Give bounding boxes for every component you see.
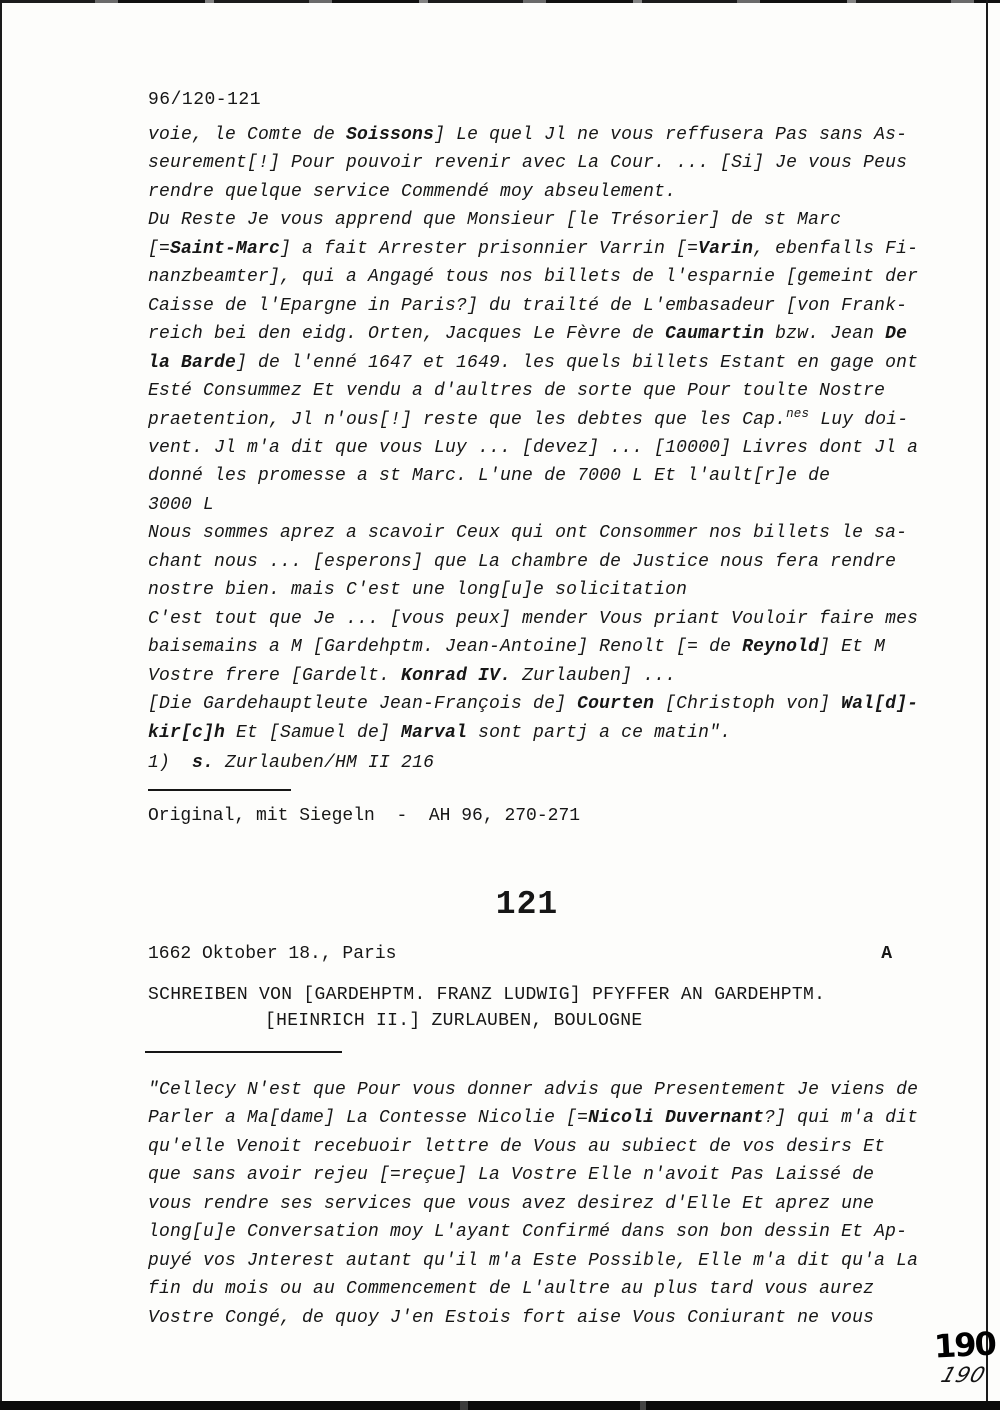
handwritten-page-number: 190	[933, 1324, 996, 1365]
text-line: Parler a Ma[dame] La Contesse Nicolie [=…	[148, 1104, 918, 1132]
text-segment: De	[885, 324, 907, 344]
text-segment: ] de l'enné 1647 et 1649. les quels bill…	[236, 353, 918, 373]
text-segment: fin du mois ou au Commencement de L'ault…	[148, 1279, 874, 1299]
entry-121-dateline-row: 1662 Oktober 18., Paris A	[148, 944, 906, 964]
text-segment: s.	[192, 753, 214, 773]
text-segment: voie, le Comte de	[148, 125, 346, 145]
text-segment: [HEINRICH II.] ZURLAUBEN, BOULOGNE	[265, 1011, 642, 1031]
scanned-document-page: 96/120-121 voie, le Comte de Soissons] L…	[0, 0, 1000, 1410]
text-line: Caisse de l'Epargne in Paris?] du trailt…	[148, 292, 918, 320]
text-segment: nanzbeamter], qui a Angagé tous nos bill…	[148, 267, 918, 287]
text-line: fin du mois ou au Commencement de L'ault…	[148, 1275, 918, 1303]
text-segment: Wal[d]-	[841, 694, 918, 714]
text-line: Nous sommes aprez a scavoir Ceux qui ont…	[148, 519, 918, 547]
text-line: SCHREIBEN VON [GARDEHPTM. FRANZ LUDWIG] …	[148, 983, 825, 1009]
text-segment: Vostre frere [Gardelt.	[148, 666, 401, 686]
text-segment: SCHREIBEN VON [GARDEHPTM. FRANZ LUDWIG] …	[148, 985, 825, 1005]
text-segment: nes	[786, 407, 809, 421]
text-segment: Vostre Congé, de quoy J'en Estois fort a…	[148, 1308, 874, 1328]
text-line: [=Saint-Marc] a fait Arrester prisonnier…	[148, 235, 918, 263]
text-line: la Barde] de l'enné 1647 et 1649. les qu…	[148, 349, 918, 377]
text-segment: rendre quelque service Commendé moy abse…	[148, 182, 676, 202]
text-line: 1) s. Zurlauben/HM II 216	[148, 749, 434, 777]
text-segment: 3000 L	[148, 495, 214, 515]
text-segment: "Cellecy N'est que Pour vous donner advi…	[148, 1080, 918, 1100]
text-line: Du Reste Je vous apprend que Monsieur [l…	[148, 206, 918, 234]
text-line: praetention, Jl n'ous[!] reste que les d…	[148, 406, 918, 434]
text-line: 3000 L	[148, 491, 918, 519]
text-segment: Marval	[401, 723, 467, 743]
text-segment: Zurlauben/HM II 216	[214, 753, 434, 773]
text-segment: Konrad IV.	[401, 666, 511, 686]
text-line: que sans avoir rejeu [=reçue] La Vostre …	[148, 1161, 918, 1189]
archive-reference: 96/120-121	[148, 90, 261, 110]
text-segment: ] Le quel Jl ne vous reffusera Pas sans …	[434, 125, 907, 145]
text-line: vent. Jl m'a dit que vous Luy ... [devez…	[148, 434, 918, 462]
text-line: long[u]e Conversation moy L'ayant Confir…	[148, 1218, 918, 1246]
text-segment: Courten	[577, 694, 654, 714]
text-segment: long[u]e Conversation moy L'ayant Confir…	[148, 1222, 907, 1242]
text-segment: nostre bien. mais C'est une long[u]e sol…	[148, 580, 687, 600]
text-line: vous rendre ses services que vous avez d…	[148, 1190, 918, 1218]
text-segment: 1)	[148, 753, 192, 773]
text-line: chant nous ... [esperons] que La chambre…	[148, 548, 918, 576]
text-segment: puyé vos Jnterest autant qu'il m'a Este …	[148, 1251, 918, 1271]
text-segment: ?] qui m'a dit	[764, 1108, 918, 1128]
text-line: Vostre Congé, de quoy J'en Estois fort a…	[148, 1304, 918, 1332]
text-segment: sont partj a ce matin".	[467, 723, 731, 743]
text-segment: la Barde	[148, 353, 236, 373]
entry-121-title-rule	[145, 1051, 342, 1053]
text-segment: [Christoph von]	[654, 694, 841, 714]
text-segment: Esté Consummez Et vendu a d'aultres de s…	[148, 381, 885, 401]
text-segment: Nous sommes aprez a scavoir Ceux qui ont…	[148, 523, 907, 543]
text-line: donné les promesse a st Marc. L'une de 7…	[148, 462, 918, 490]
scan-edge-bottom	[0, 1401, 1000, 1410]
text-segment: baisemains a M [Gardehptm. Jean-Antoine]…	[148, 637, 742, 657]
scan-edge-left	[0, 0, 2, 1410]
entry-120-body: voie, le Comte de Soissons] Le quel Jl n…	[148, 121, 918, 747]
text-segment: vent. Jl m'a dit que vous Luy ... [devez…	[148, 438, 918, 458]
text-segment: praetention, Jl n'ous[!] reste que les d…	[148, 410, 786, 430]
entry-120-source-note: Original, mit Siegeln - AH 96, 270-271	[148, 806, 580, 826]
text-segment: ] Et M	[819, 637, 885, 657]
entry-121-number: 121	[148, 886, 906, 923]
text-segment: Caumartin	[665, 324, 764, 344]
entry-121-dateline: 1662 Oktober 18., Paris	[148, 944, 396, 964]
text-segment: Et [Samuel de]	[225, 723, 401, 743]
text-segment: Luy doi-	[809, 410, 908, 430]
text-segment: [=	[148, 239, 170, 259]
text-segment: Nicoli Duvernant	[588, 1108, 764, 1128]
text-segment: Zurlauben] ...	[511, 666, 676, 686]
entry-120-footnote: 1) s. Zurlauben/HM II 216	[148, 749, 434, 777]
text-line: puyé vos Jnterest autant qu'il m'a Este …	[148, 1247, 918, 1275]
handwritten-page-number-script: 190	[938, 1363, 989, 1387]
text-segment: C'est tout que Je ... [vous peux] mender…	[148, 609, 918, 629]
text-segment: que sans avoir rejeu [=reçue] La Vostre …	[148, 1165, 874, 1185]
text-segment: Caisse de l'Epargne in Paris?] du trailt…	[148, 296, 907, 316]
text-line: voie, le Comte de Soissons] Le quel Jl n…	[148, 121, 918, 149]
text-line: [Die Gardehauptleute Jean-François de] C…	[148, 690, 918, 718]
text-segment: Varin	[698, 239, 753, 259]
text-segment: donné les promesse a st Marc. L'une de 7…	[148, 466, 830, 486]
text-segment: vous rendre ses services que vous avez d…	[148, 1194, 874, 1214]
footnote-separator-rule	[148, 789, 291, 791]
text-line: rendre quelque service Commendé moy abse…	[148, 178, 918, 206]
scan-edge-right	[986, 0, 988, 1410]
text-line: C'est tout que Je ... [vous peux] mender…	[148, 605, 918, 633]
text-segment: Saint-Marc	[170, 239, 280, 259]
text-segment: , ebenfalls Fi-	[753, 239, 918, 259]
text-line: nanzbeamter], qui a Angagé tous nos bill…	[148, 263, 918, 291]
text-segment: Du Reste Je vous apprend que Monsieur [l…	[148, 210, 841, 230]
text-segment: [Die Gardehauptleute Jean-François de]	[148, 694, 577, 714]
entry-121-body: "Cellecy N'est que Pour vous donner advi…	[148, 1076, 918, 1332]
text-segment: ] a fait Arrester prisonnier Varrin [=	[280, 239, 698, 259]
text-segment: bzw. Jean	[764, 324, 885, 344]
text-line: reich bei den eidg. Orten, Jacques Le Fè…	[148, 320, 918, 348]
text-segment: Parler a Ma[dame] La Contesse Nicolie [=	[148, 1108, 588, 1128]
entry-121-column-marker: A	[881, 944, 892, 964]
text-segment: Reynold	[742, 637, 819, 657]
text-line: seurement[!] Pour pouvoir revenir avec L…	[148, 149, 918, 177]
entry-121-title: SCHREIBEN VON [GARDEHPTM. FRANZ LUDWIG] …	[148, 983, 825, 1034]
text-line: nostre bien. mais C'est une long[u]e sol…	[148, 576, 918, 604]
scan-edge-top	[0, 0, 1000, 3]
text-line: "Cellecy N'est que Pour vous donner advi…	[148, 1076, 918, 1104]
text-segment: qu'elle Venoit recebuoir lettre de Vous …	[148, 1137, 885, 1157]
text-line: baisemains a M [Gardehptm. Jean-Antoine]…	[148, 633, 918, 661]
text-segment: reich bei den eidg. Orten, Jacques Le Fè…	[148, 324, 665, 344]
text-line: kir[c]h Et [Samuel de] Marval sont partj…	[148, 719, 918, 747]
text-line: [HEINRICH II.] ZURLAUBEN, BOULOGNE	[265, 1009, 825, 1035]
text-segment: seurement[!] Pour pouvoir revenir avec L…	[148, 153, 907, 173]
text-line: Esté Consummez Et vendu a d'aultres de s…	[148, 377, 918, 405]
text-line: Vostre frere [Gardelt. Konrad IV. Zurlau…	[148, 662, 918, 690]
text-segment: kir[c]h	[148, 723, 225, 743]
text-segment: Soissons	[346, 125, 434, 145]
text-line: qu'elle Venoit recebuoir lettre de Vous …	[148, 1133, 918, 1161]
text-segment: chant nous ... [esperons] que La chambre…	[148, 552, 896, 572]
